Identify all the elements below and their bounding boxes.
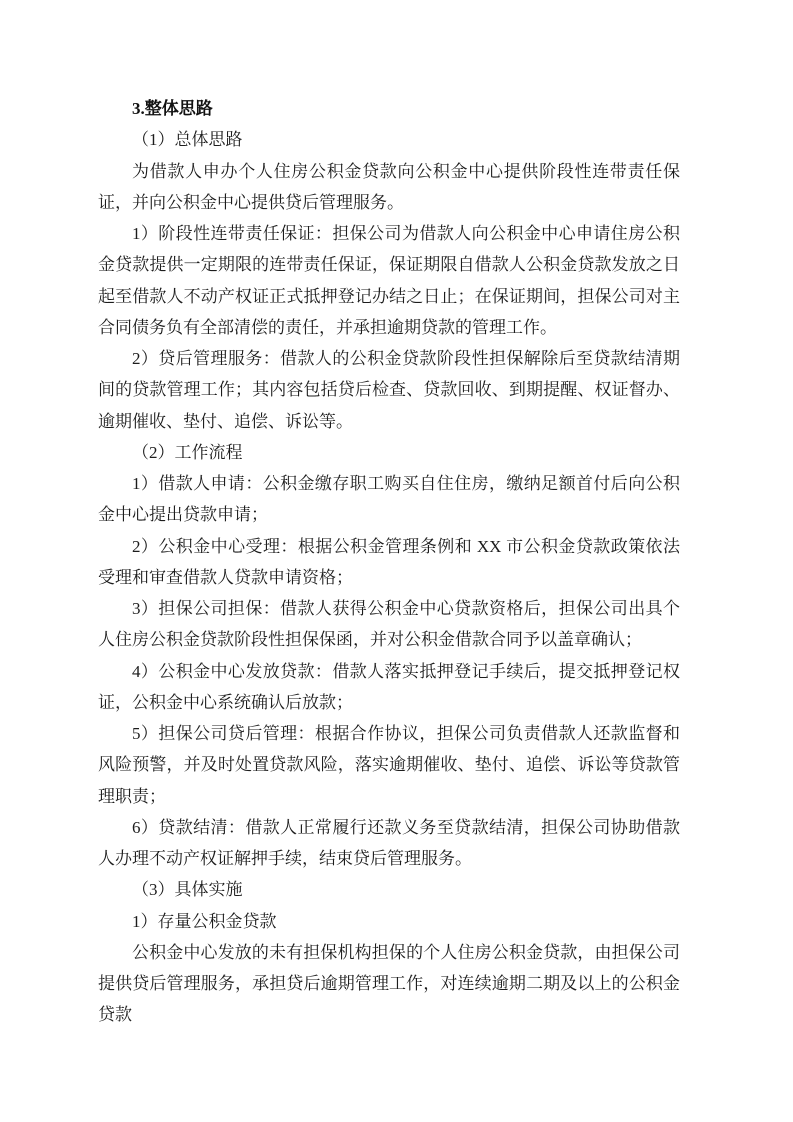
section-heading-overall-approach: 3.整体思路 — [98, 93, 680, 124]
paragraph-workflow-step-3-company-guarantee: 3）担保公司担保：借款人获得公积金中心贷款资格后，担保公司出具个人住房公积金贷款… — [98, 593, 680, 656]
subheading-general-approach: （1）总体思路 — [98, 124, 680, 155]
subheading-workflow: （2）工作流程 — [98, 437, 680, 468]
subheading-existing-loans: 1）存量公积金贷款 — [98, 906, 680, 937]
paragraph-workflow-step-2-center-acceptance: 2）公积金中心受理：根据公积金管理条例和 XX 市公积金贷款政策依法受理和审查借… — [98, 531, 680, 594]
paragraph-workflow-step-5-post-loan-management: 5）担保公司贷后管理：根据合作协议，担保公司负责借款人还款监督和风险预警，并及时… — [98, 718, 680, 812]
paragraph-general-approach: 为借款人申办个人住房公积金贷款向公积金中心提供阶段性连带责任保证，并向公积金中心… — [98, 156, 680, 219]
document-page: 3.整体思路 （1）总体思路 为借款人申办个人住房公积金贷款向公积金中心提供阶段… — [0, 0, 793, 1122]
paragraph-post-loan-service: 2）贷后管理服务：借款人的公积金贷款阶段性担保解除后至贷款结清期间的贷款管理工作… — [98, 343, 680, 437]
paragraph-phased-guarantee: 1）阶段性连带责任保证：担保公司为借款人向公积金中心申请住房公积金贷款提供一定期… — [98, 218, 680, 343]
paragraph-workflow-step-6-loan-settlement: 6）贷款结清：借款人正常履行还款义务至贷款结清，担保公司协助借款人办理不动产权证… — [98, 812, 680, 875]
subheading-implementation: （3）具体实施 — [98, 874, 680, 905]
page-content: 3.整体思路 （1）总体思路 为借款人申办个人住房公积金贷款向公积金中心提供阶段… — [0, 0, 793, 1031]
paragraph-workflow-step-4-loan-disbursement: 4）公积金中心发放贷款：借款人落实抵押登记手续后，提交抵押登记权证，公积金中心系… — [98, 656, 680, 719]
paragraph-existing-loans-detail: 公积金中心发放的未有担保机构担保的个人住房公积金贷款，由担保公司提供贷后管理服务… — [98, 937, 680, 1031]
paragraph-workflow-step-1-borrower-application: 1）借款人申请：公积金缴存职工购买自住住房，缴纳足额首付后向公积金中心提出贷款申… — [98, 468, 680, 531]
